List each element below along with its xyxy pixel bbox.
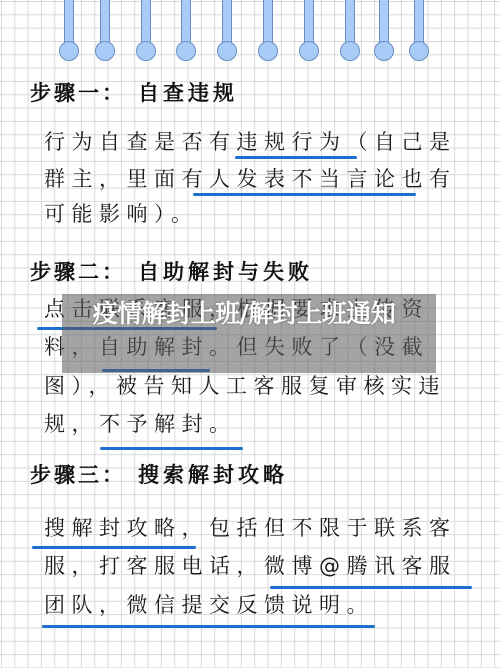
- step-1-title: 自查违规: [138, 81, 238, 105]
- underline: [42, 625, 375, 628]
- step-3-heading: 步骤三：搜索解封攻略: [30, 459, 288, 489]
- step-3-line-1: 搜解封攻略，包括但不限于联系客: [44, 514, 457, 542]
- binder-ring-icon: [175, 0, 195, 62]
- step-2-line-4: 规，不予解封。: [44, 410, 237, 438]
- binder-ring-icon: [257, 0, 277, 62]
- binder-ring-icon: [58, 0, 78, 62]
- underline: [100, 447, 243, 450]
- binder-ring-icon: [298, 0, 318, 62]
- step-2-line-3: 图），被告知人工客服复审核实违: [44, 372, 446, 400]
- step-1-line-2: 群主，里面有人发表不当言论也有: [44, 165, 457, 193]
- overlay-title: 疫情解封上班/解封上班通知: [74, 296, 414, 332]
- step-3-label: 步骤三：: [30, 463, 126, 487]
- binder-ring-icon: [216, 0, 236, 62]
- binder-ring-icon: [135, 0, 155, 62]
- step-2-label: 步骤二：: [30, 260, 126, 284]
- step-1-heading: 步骤一：自查违规: [30, 77, 238, 107]
- step-3-line-2: 服，打客服电话，微博@腾讯客服: [44, 552, 457, 580]
- step-2-heading: 步骤二：自助解封与失败: [30, 256, 313, 286]
- binder-ring-icon: [408, 0, 428, 62]
- binder-ring-icon: [94, 0, 114, 62]
- underline: [270, 586, 472, 589]
- step-3-title: 搜索解封攻略: [138, 463, 288, 487]
- step-2-title: 自助解封与失败: [138, 260, 313, 284]
- step-1-line-1: 行为自查是否有违规行为（自己是: [44, 128, 457, 156]
- underline: [235, 156, 357, 159]
- binder-ring-icon: [373, 0, 393, 62]
- underline: [193, 193, 416, 196]
- binder-ring-icon: [339, 0, 359, 62]
- underline: [32, 546, 196, 549]
- step-1-line-3: 可能影响）。: [44, 200, 199, 228]
- step-3-line-3: 团队，微信提交反馈说明。: [44, 591, 374, 619]
- step-1-label: 步骤一：: [30, 81, 126, 105]
